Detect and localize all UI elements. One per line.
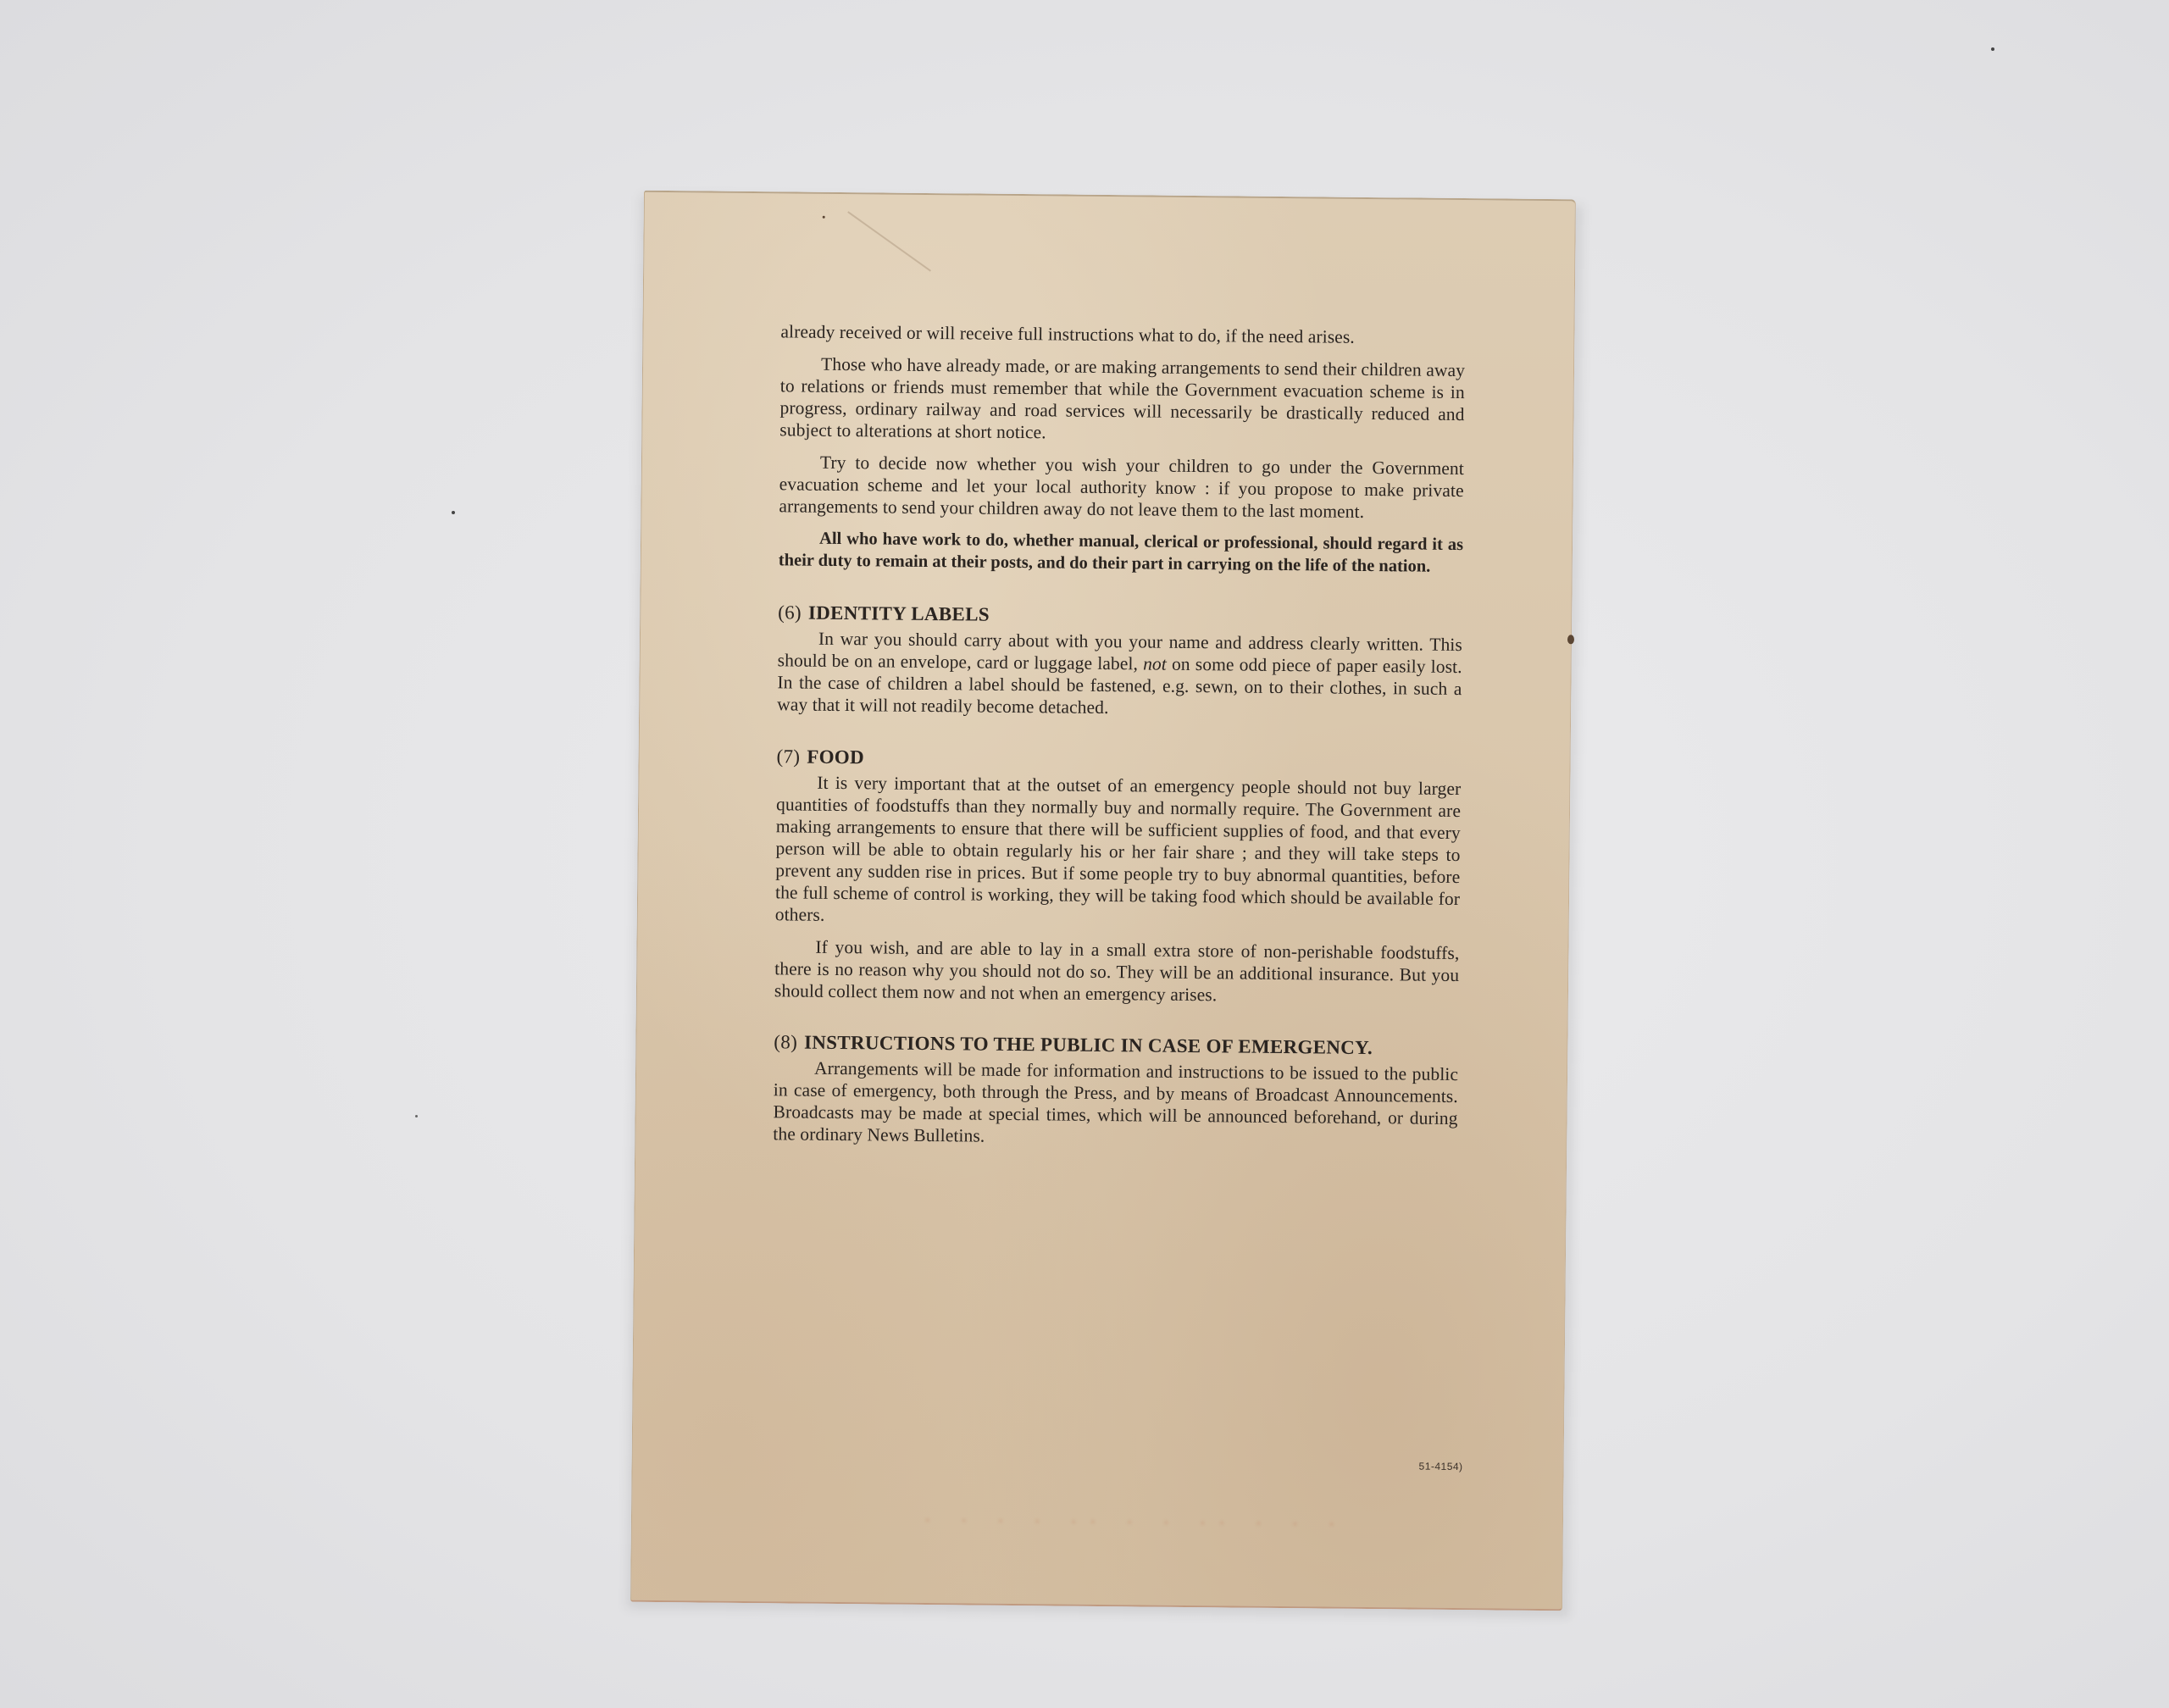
bleed-through-text: · · · ·· · · ·· · · · · xyxy=(742,1506,1335,1546)
emphasis-not: not xyxy=(1143,653,1167,674)
section-title: FOOD xyxy=(807,746,864,768)
section-heading-food: (7)FOOD xyxy=(776,746,1461,774)
duty-bold-paragraph: All who have work to do, whether manual,… xyxy=(779,527,1463,578)
leaflet-text-body: already received or will receive full in… xyxy=(773,320,1465,1162)
section-title: IDENTITY LABELS xyxy=(808,602,990,625)
section-number: (8) xyxy=(774,1031,797,1052)
food-paragraph-2: If you wish, and are able to lay in a sm… xyxy=(774,935,1460,1008)
section-title: INSTRUCTIONS TO THE PUBLIC IN CASE OF EM… xyxy=(804,1032,1373,1058)
printer-code: 51-4154) xyxy=(1418,1461,1462,1472)
paper-crease xyxy=(847,211,931,271)
section-heading-emergency-instructions: (8)INSTRUCTIONS TO THE PUBLIC IN CASE OF… xyxy=(774,1030,1458,1060)
food-paragraph-1: It is very important that at the outset … xyxy=(775,771,1462,932)
section-heading-identity-labels: (6)IDENTITY LABELS xyxy=(778,602,1462,630)
paper-speck xyxy=(1567,635,1574,644)
background-speck xyxy=(1991,47,1994,51)
section-number: (6) xyxy=(778,602,802,623)
emergency-instructions-paragraph: Arrangements will be made for informatio… xyxy=(773,1056,1458,1151)
continuation-paragraph: already received or will receive full in… xyxy=(780,320,1465,349)
evacuation-arrangements-paragraph: Those who have already made, or are maki… xyxy=(779,352,1465,447)
identity-labels-paragraph: In war you should carry about with you y… xyxy=(777,627,1462,722)
background-speck xyxy=(452,511,455,514)
background-speck xyxy=(415,1115,418,1117)
leaflet-page: already received or will receive full in… xyxy=(630,191,1576,1611)
section-number: (7) xyxy=(776,746,800,767)
evacuation-decision-paragraph: Try to decide now whether you wish your … xyxy=(779,451,1464,524)
paper-speck xyxy=(823,216,825,219)
